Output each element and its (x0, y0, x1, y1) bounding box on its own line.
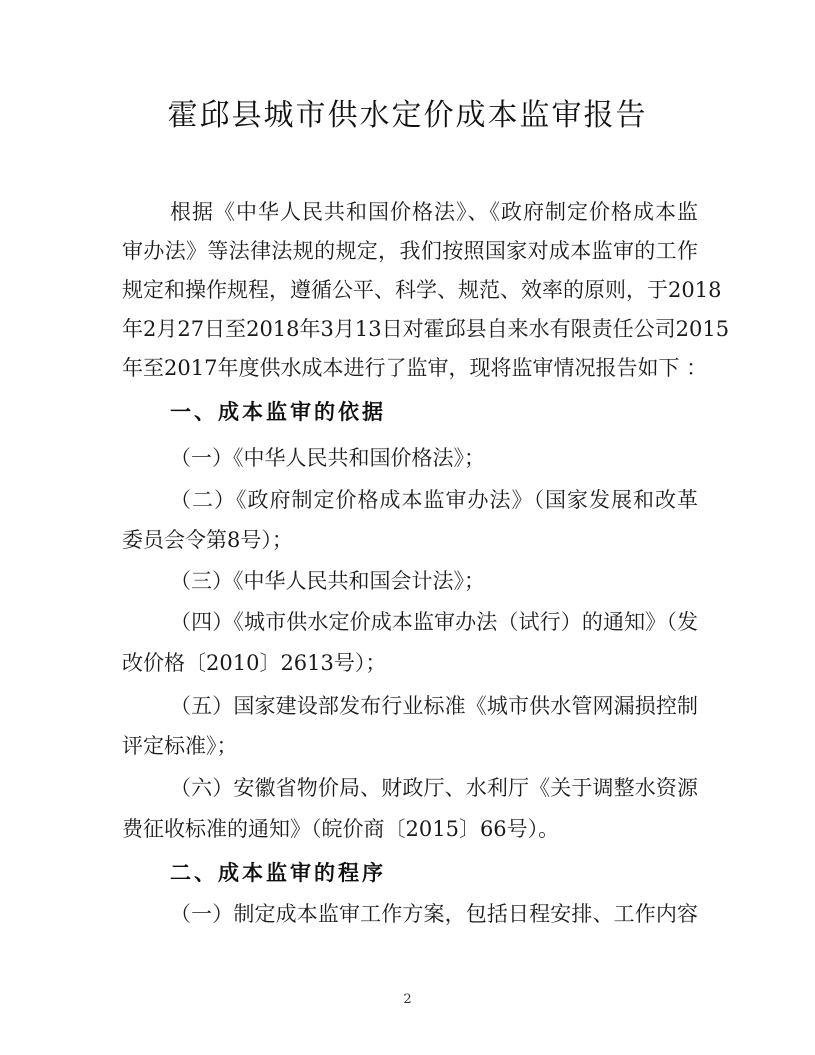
intro-line: 年2月27日至2018年3月13日对霍邱县自来水有限责任公司2015 (122, 313, 698, 345)
document-title: 霍邱县城市供水定价成本监审报告 (0, 96, 815, 136)
basis-item-2-cont: 委员会令第8号）； (122, 524, 698, 556)
section-heading-basis: 一、成本监审的依据 (170, 396, 698, 428)
document-page: 霍邱县城市供水定价成本监审报告 根据《中华人民共和国价格法》、《政府制定价格成本… (0, 0, 815, 1055)
basis-item-6: （六）安徽省物价局、财政厅、水利厅《关于调整水资源 (170, 772, 698, 804)
basis-item-4: （四）《城市供水定价成本监审办法（试行）的通知》（发 (170, 606, 698, 638)
basis-item-5: （五）国家建设部发布行业标准《城市供水管网漏损控制 (170, 690, 698, 722)
intro-line: 根据《中华人民共和国价格法》、《政府制定价格成本监 (170, 196, 698, 228)
basis-item-1: （一）《中华人民共和国价格法》； (170, 442, 698, 474)
intro-line: 规定和操作规程，遵循公平、科学、规范、效率的原则，于2018 (122, 274, 698, 306)
basis-item-4-cont: 改价格〔2010〕2613号）； (122, 647, 698, 679)
basis-item-2: （二）《政府制定价格成本监审办法》（国家发展和改革 (170, 484, 698, 516)
procedure-item-1: （一）制定成本监审工作方案，包括日程安排、工作内容 (170, 898, 698, 930)
basis-item-5-cont: 评定标准》； (122, 730, 698, 762)
intro-line: 年至2017年度供水成本进行了监审，现将监审情况报告如下 ： (122, 352, 698, 384)
basis-item-6-cont: 费征收标准的通知》（皖价商〔2015〕66号）。 (122, 813, 698, 845)
intro-line: 审办法》等法律法规的规定，我们按照国家对成本监审的工作 (122, 235, 698, 267)
page-number: 2 (0, 992, 815, 1007)
section-heading-procedure: 二、成本监审的程序 (170, 857, 698, 889)
basis-item-3: （三）《中华人民共和国会计法》； (170, 565, 698, 597)
